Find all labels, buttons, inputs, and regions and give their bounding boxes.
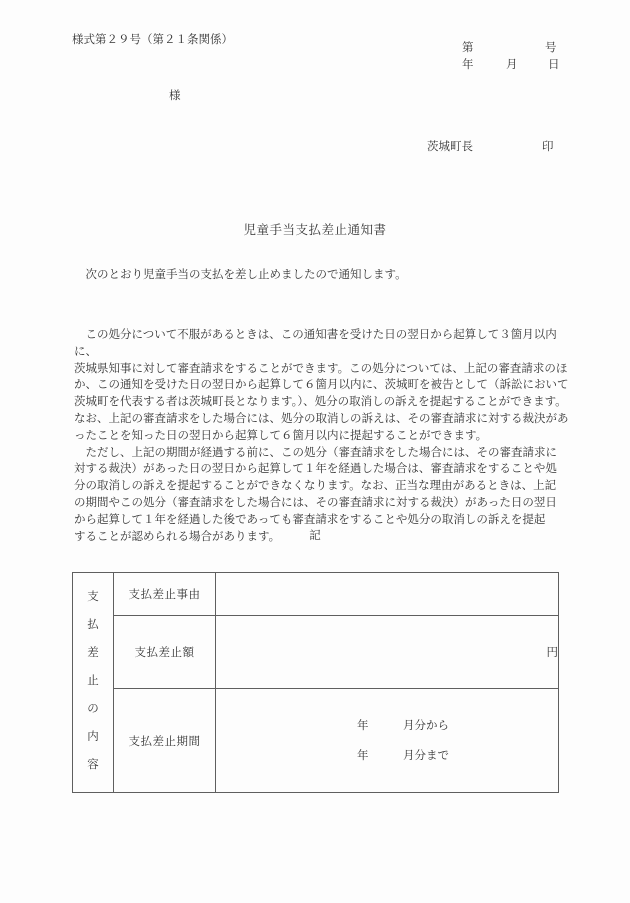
suspension-period-value-cell: 年 月分から 年 月分まで: [216, 689, 559, 793]
period-to-line: 年 月分まで: [357, 748, 558, 764]
side-heading-char: 差: [87, 644, 99, 660]
yen-unit-label: 円: [547, 647, 559, 659]
table-row: 支 払 差 止 の 内 容 支払差止事由: [73, 573, 559, 616]
suspension-reason-value-cell: [216, 573, 559, 616]
side-heading-char: 払: [87, 616, 99, 632]
label-suspension-amount: 支払差止額: [114, 616, 216, 689]
appeal-notice-paragraph: この処分について不服があるときは、この通知書を受けた日の翌日から起算して３箇月以…: [74, 327, 578, 545]
side-heading-char: の: [87, 700, 99, 716]
side-heading-char: 支: [87, 588, 99, 604]
date-month-label: 月: [506, 59, 518, 73]
period-range: 年 月分から 年 月分まで: [216, 718, 558, 764]
doc-number-prefix: 第: [462, 42, 474, 56]
label-suspension-reason: 支払差止事由: [114, 573, 216, 616]
table-row: 支払差止期間 年 月分から 年 月分まで: [73, 689, 559, 793]
body-line: 分の取消しの訴えを提起することができなくなります。なお、正当な理由があるときは、…: [74, 478, 578, 495]
issuer-name: 茨城町長: [427, 141, 473, 155]
side-heading: 支 払 差 止 の 内 容: [73, 588, 113, 772]
suspension-amount-value-cell: 円: [216, 616, 559, 689]
date-day-label: 日: [548, 59, 560, 73]
side-heading-char: 内: [87, 728, 99, 744]
body-line: なお、上記の審査請求をした場合には、処分の取消しの訴えは、その審査請求に対する裁…: [74, 411, 578, 428]
body-line: 茨城県知事に対して審査請求をすることができます。この処分については、上記の審査請…: [74, 361, 578, 378]
body-line: この処分について不服があるときは、この通知書を受けた日の翌日から起算して３箇月以…: [74, 327, 578, 361]
section-marker: 記: [0, 527, 630, 543]
form-number: 様式第２９号（第２１条関係）: [72, 34, 233, 48]
body-line: か、この通知を受けた日の翌日から起算して６箇月以内に、茨城町を被告として（訴訟に…: [74, 377, 578, 394]
doc-number-suffix: 号: [545, 42, 557, 56]
document-page: 様式第２９号（第２１条関係） 第 号 年 月 日 様 茨城町長 印 児童手当支払…: [0, 0, 630, 903]
period-from-line: 年 月分から: [357, 718, 558, 734]
body-line: 対する裁決）があった日の翌日から起算して１年を経過した場合は、審査請求をすること…: [74, 461, 578, 478]
body-line: 茨城町を代表する者は茨城町長となります。）、処分の取消しの訴えを提起することがで…: [74, 394, 578, 411]
side-heading-cell: 支 払 差 止 の 内 容: [73, 573, 114, 793]
date-year-label: 年: [462, 59, 474, 73]
label-suspension-period: 支払差止期間: [114, 689, 216, 793]
greeting-line: 次のとおり児童手当の支払を差し止めましたので通知します。: [74, 269, 407, 283]
addressee-suffix: 様: [169, 90, 181, 104]
table-row: 支払差止額 円: [73, 616, 559, 689]
side-heading-char: 容: [87, 756, 99, 772]
document-title: 児童手当支払差止通知書: [0, 220, 630, 238]
issuer-seal: 印: [542, 141, 554, 155]
body-line: ただし、上記の期間が経過する前に、この処分（審査請求をした場合には、その審査請求…: [74, 445, 578, 462]
body-line: ったことを知った日の翌日から起算して６箇月以内に提起することができます。: [74, 428, 578, 445]
suspension-detail-table: 支 払 差 止 の 内 容 支払差止事由 支払差止額 円 支払差止期間: [72, 572, 559, 793]
side-heading-char: 止: [87, 672, 99, 688]
body-line: の期間やこの処分（審査請求をした場合には、その審査請求に対する裁決）があった日の…: [74, 495, 578, 512]
